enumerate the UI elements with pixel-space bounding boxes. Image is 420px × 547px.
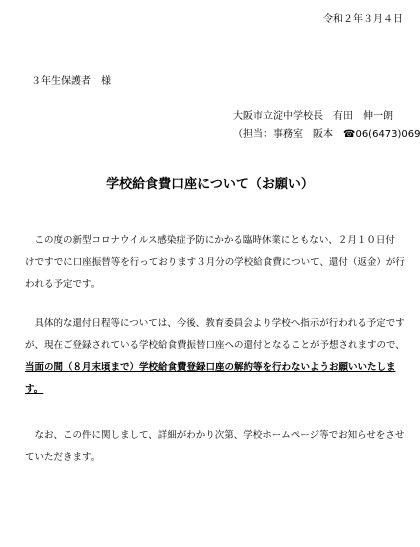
paragraph-line: なお、この件に関しまして、詳細がわかり次第、学校ホームページ等でお知らせをさせ <box>25 425 405 447</box>
paragraph-line: が、現在ご登録されている学校給食費振替口座への還付となることが予想されますので、 <box>25 335 405 357</box>
sender-principal: 大阪市立淀中学校長 有田 伸一朗 <box>233 108 420 126</box>
emphasis-line: す。 <box>25 379 405 401</box>
document-title: 学校給食費口座について（お願い） <box>0 173 420 192</box>
paragraph-line: この度の新型コロナウイルス感染症予防にかかる臨時休業にともない、２月１０日付 <box>25 230 405 252</box>
paragraph-line: けですでに口座振替等を行っております３月分の学校給食費について、還付（返金）が行 <box>25 252 405 274</box>
paragraph-refund-notice: この度の新型コロナウイルス感染症予防にかかる臨時休業にともない、２月１０日付 け… <box>25 230 405 296</box>
recipient: ３年生保護者 様 <box>31 72 111 87</box>
document-date: 令和２年３月４日 <box>323 10 403 25</box>
paragraph-line: ていただきます。 <box>25 447 405 469</box>
paragraph-refund-schedule: 具体的な還付日程等については、今後、教育委員会より学校へ指示が行われる予定です … <box>25 313 405 401</box>
sender-block: 大阪市立淀中学校長 有田 伸一朗 （担当：事務室 阪本 ☎06(6473)069… <box>233 108 420 144</box>
paragraph-line: われる予定です。 <box>25 274 405 296</box>
paragraph-line: 具体的な還付日程等については、今後、教育委員会より学校へ指示が行われる予定です <box>25 313 405 335</box>
paragraph-followup: なお、この件に関しまして、詳細がわかり次第、学校ホームページ等でお知らせをさせ … <box>25 425 405 469</box>
emphasis-line: 当面の間（８月末頃まで）学校給食費登録口座の解約等を行わないようお願いいたしま <box>25 357 405 379</box>
sender-contact: （担当：事務室 阪本 ☎06(6473)0691） <box>233 126 420 144</box>
